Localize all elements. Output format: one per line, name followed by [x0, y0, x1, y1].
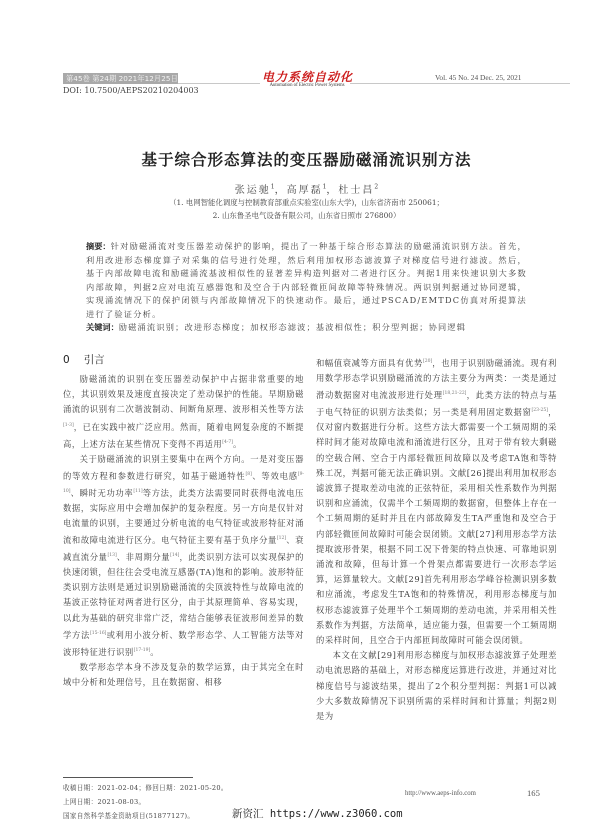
- keyword-separator: ；: [363, 322, 372, 332]
- keyword-separator: ；: [307, 322, 316, 332]
- body-paragraph: 关于励磁涌流的识别主要集中在两个方向。一是对变压器的等效方程和参数进行研究，如基…: [63, 452, 304, 660]
- citation-ref[interactable]: [15-16]: [90, 631, 106, 636]
- keyword-separator: ；: [419, 322, 428, 332]
- citation-ref[interactable]: [1-3]: [63, 423, 74, 428]
- keyword: 励磁涌流识别: [119, 322, 175, 332]
- citation-ref[interactable]: [12]: [277, 536, 286, 541]
- citation-ref[interactable]: [23-25]: [532, 408, 548, 413]
- body-column-right: 和幅值衰减等方面具有优势[20]，也用于识别励磁涌流。现有利用数学形态学识别励磁…: [316, 354, 557, 724]
- body-column-left: 励磁涌流的识别在变压器差动保护中占据非常重要的地位，其识别效果及速度直接决定了差…: [63, 372, 304, 690]
- author-list: 张运驰1，高厚磊1，杜士昌2: [0, 181, 613, 196]
- author-name: 张运驰: [235, 185, 271, 196]
- keyword: 基波相似性: [316, 322, 363, 332]
- journal-logo-en: Automation of Electric Power Systems: [255, 83, 359, 88]
- abstract: 摘要：针对励磁涌流对变压器差动保护的影响，提出了一种基于综合形态算法的励磁涌流识…: [86, 240, 527, 322]
- watermark: 新资汇 https://www.z3060.com: [232, 806, 403, 821]
- footnote-funding: 国家自然科学基金资助项目(51877127)。: [63, 810, 194, 820]
- affiliation-2: 2. 山东鲁圣电气设备有限公司，山东省日照市 276800）: [0, 210, 613, 221]
- abstract-label: 摘要：: [86, 241, 111, 251]
- body-paragraph: 励磁涌流的识别在变压器差动保护中占据非常重要的地位，其识别效果及速度直接决定了差…: [63, 372, 304, 452]
- footnote-received-date: 收稿日期：2021-02-04；修回日期：2021-05-20。: [63, 782, 228, 792]
- author-name: 高厚磊: [287, 185, 323, 196]
- keywords-label: 关键词：: [86, 322, 119, 332]
- abstract-text: 针对励磁涌流对变压器差动保护的影响，提出了一种基于综合形态算法的励磁涌流识别方法…: [86, 241, 527, 319]
- citation-ref[interactable]: [13]: [107, 553, 116, 558]
- citation-ref[interactable]: [11]: [133, 489, 142, 494]
- author-separator: ，: [326, 185, 338, 196]
- citation-ref[interactable]: [14]: [170, 553, 179, 558]
- citation-ref[interactable]: [17-19]: [134, 648, 150, 653]
- issue-info-bar: 第45卷 第24期 2021年12月25日: [63, 73, 178, 84]
- volume-info: Vol. 45 No. 24 Dec. 25, 2021: [435, 73, 522, 82]
- footer-url[interactable]: http://www.aeps-info.com: [405, 790, 476, 797]
- author-separator: ，: [275, 185, 287, 196]
- keyword: 协同逻辑: [429, 322, 467, 332]
- keyword: 加权形态滤波: [250, 322, 306, 332]
- citation-ref[interactable]: [18,21-22]: [443, 391, 467, 396]
- body-paragraph: 和幅值衰减等方面具有优势[20]，也用于识别励磁涌流。现有利用数学形态学识别励磁…: [316, 354, 557, 648]
- article-title: 基于综合形态算法的变压器励磁涌流识别方法: [0, 148, 613, 170]
- footnote-rule: [63, 777, 193, 778]
- body-paragraph: 本文在文献[29]利用形态梯度与加权形态滤波算子处理差动电流思路的基础上，对形态…: [316, 648, 557, 724]
- doi: DOI: 10.7500/AEPS20210204003: [63, 86, 199, 95]
- citation-ref[interactable]: [20]: [423, 359, 432, 364]
- footnote-online-date: 上网日期：2021-08-03。: [63, 796, 145, 806]
- citation-ref[interactable]: [9-10]: [63, 472, 304, 494]
- page-number: 165: [527, 788, 540, 798]
- body-paragraph: 数学形态学本身不涉及复杂的数学运算，由于其完全在时域中分析和处理信号，且在数据窗…: [63, 660, 304, 690]
- header-rule-right: [350, 83, 570, 84]
- keyword: 积分型判据: [372, 322, 419, 332]
- header-rule-left: [178, 83, 260, 84]
- keywords-list: 励磁涌流识别；改进形态梯度；加权形态滤波；基波相似性；积分型判据；协同逻辑: [119, 322, 466, 332]
- affiliation-1: （1. 电网智能化调度与控制教育部重点实验室(山东大学)，山东省济南市 2500…: [0, 197, 613, 208]
- author-name: 杜士昌: [338, 185, 374, 196]
- section-number: 0: [63, 354, 70, 366]
- citation-ref[interactable]: [4-7]: [222, 440, 233, 445]
- section-title: 引言: [84, 354, 105, 366]
- keyword: 改进形态梯度: [184, 322, 240, 332]
- author-affiliation-mark: 2: [374, 184, 378, 191]
- keywords: 关键词：励磁涌流识别；改进形态梯度；加权形态滤波；基波相似性；积分型判据；协同逻…: [86, 322, 546, 333]
- section-heading: 0引言: [63, 352, 105, 367]
- keyword-separator: ；: [241, 322, 250, 332]
- citation-ref[interactable]: [8]: [246, 472, 252, 477]
